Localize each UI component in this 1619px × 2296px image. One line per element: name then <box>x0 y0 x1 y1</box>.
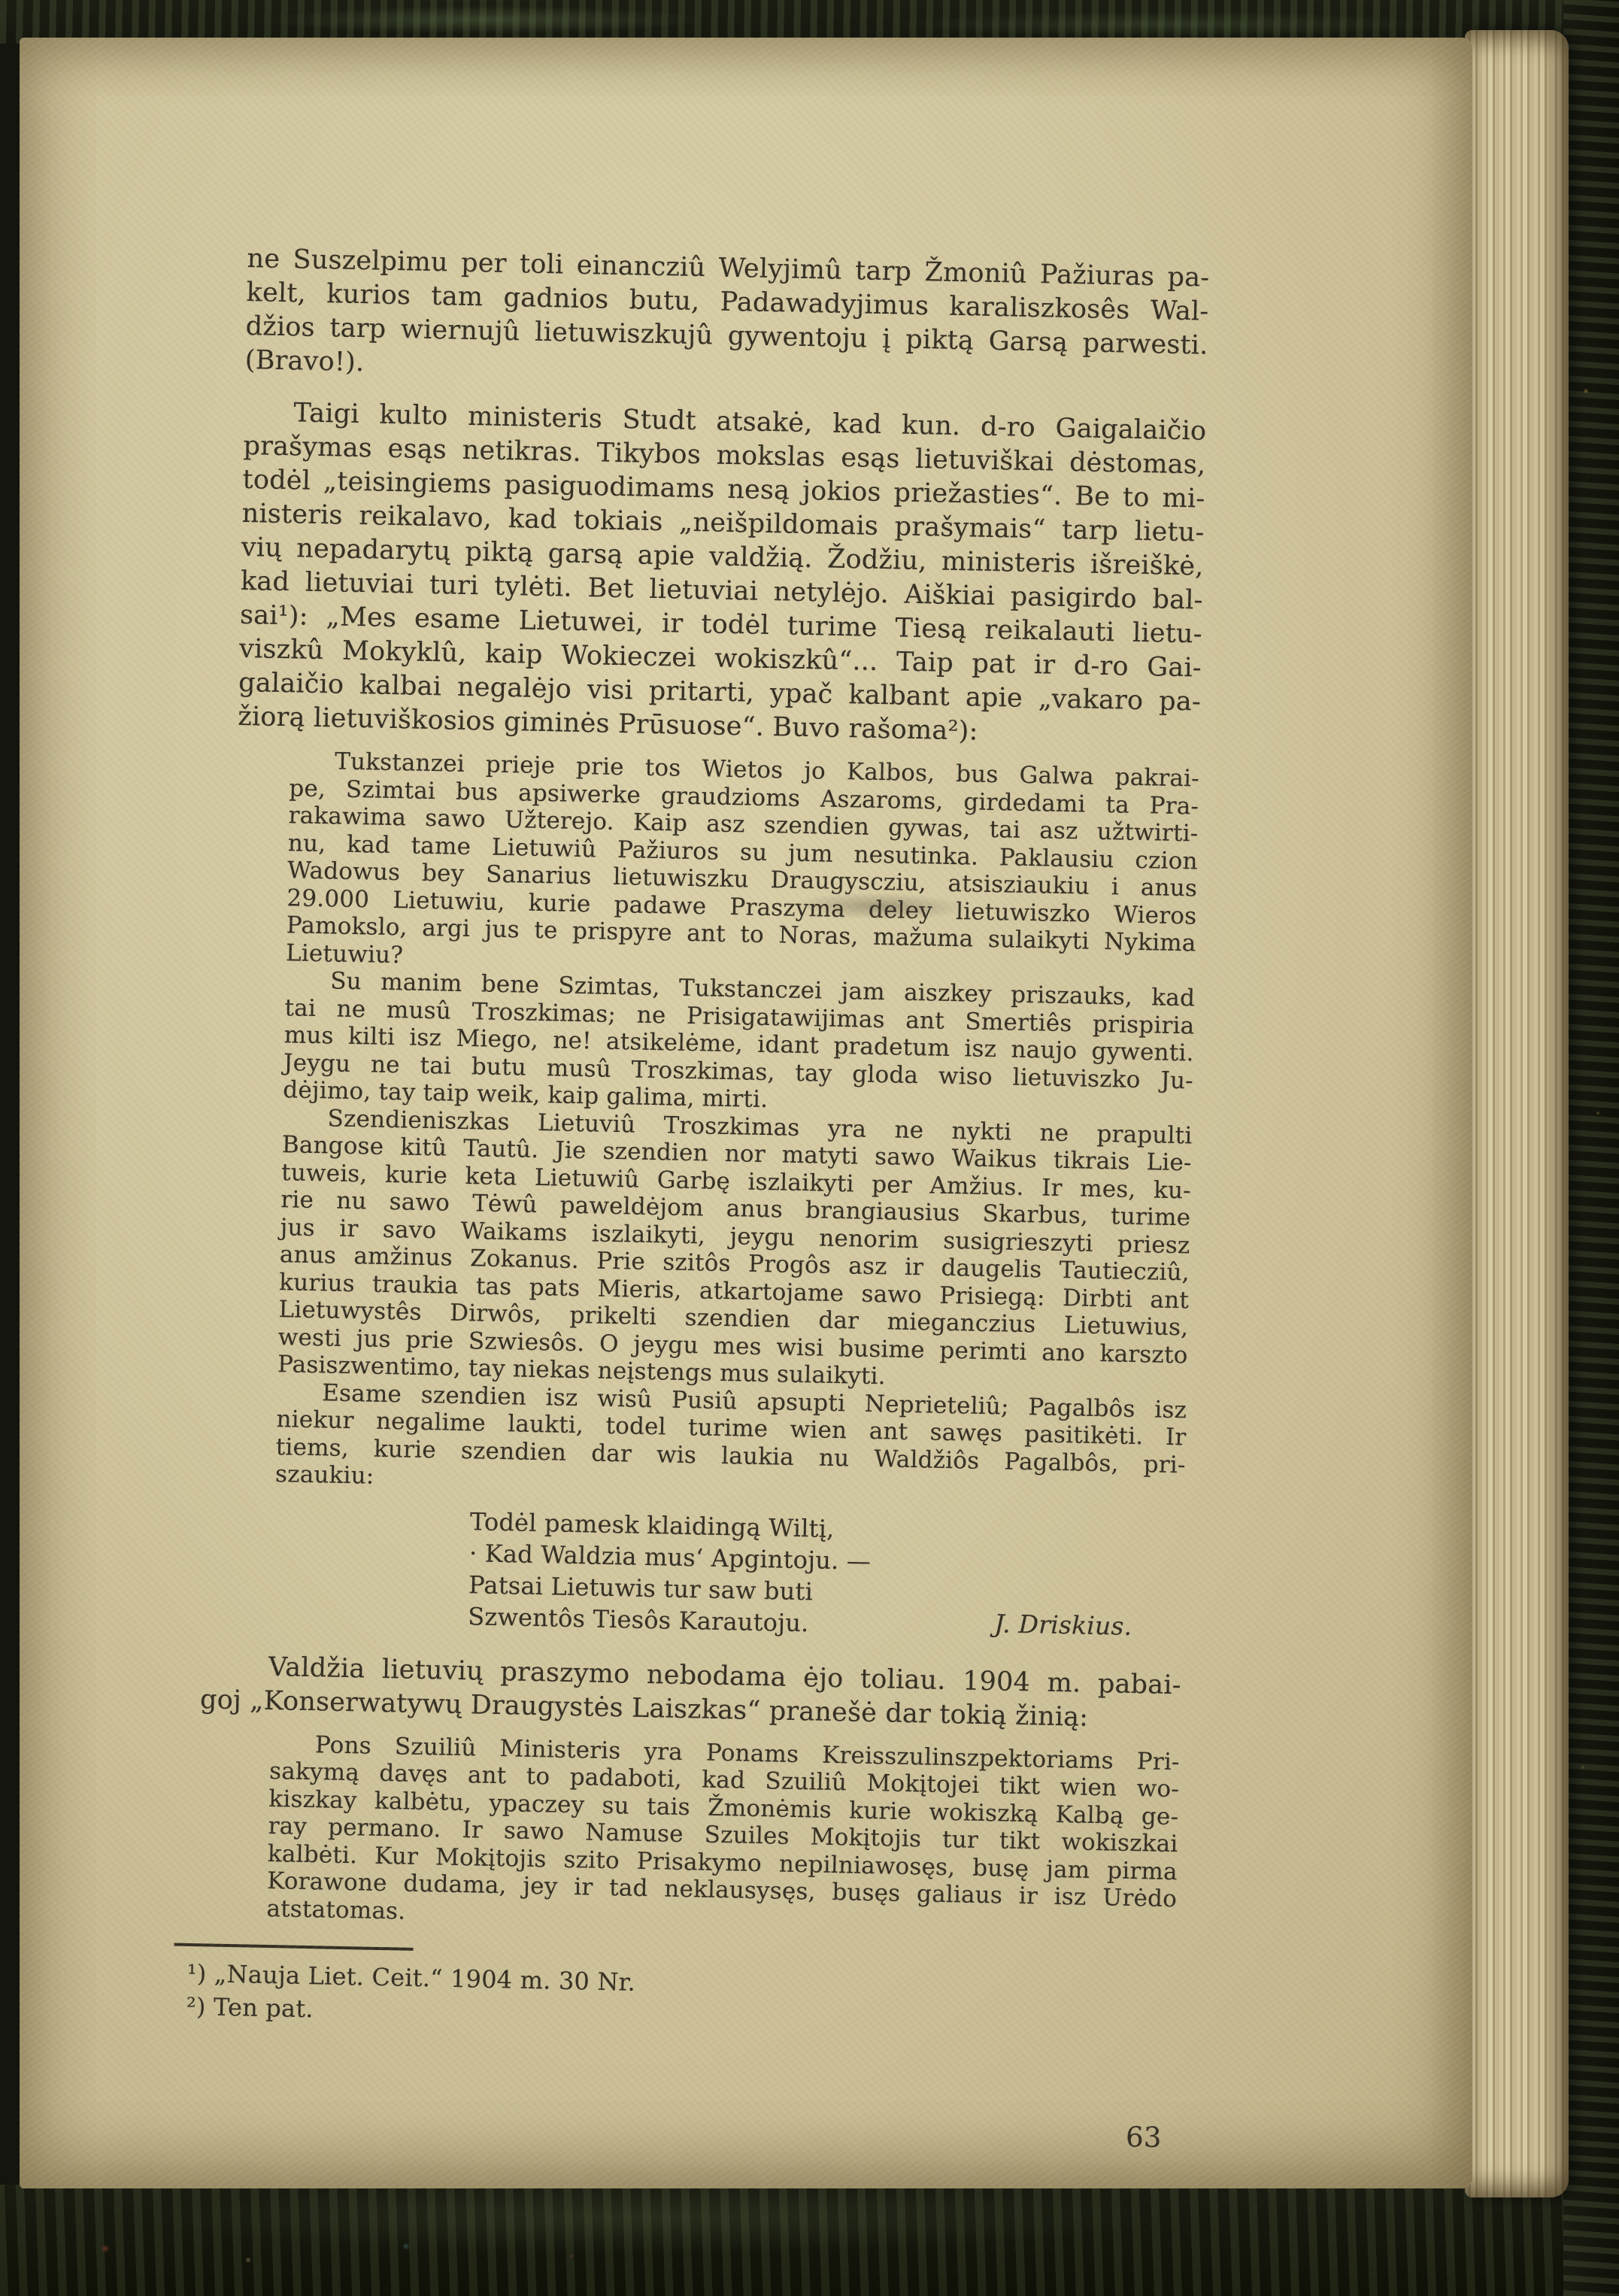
paragraph: ne Suszelpimu per toli einancziû Welyjim… <box>244 242 1209 397</box>
page-content: ne Suszelpimu per toli einancziû Welyjim… <box>209 242 1209 2154</box>
paragraph: Taigi kulto ministeris Studt atsakė, kad… <box>238 396 1207 754</box>
paragraph: Tukstanzei prieje prie tos Wietos jo Kal… <box>286 747 1200 984</box>
quote-attribution: J. Driskius. <box>994 1608 1132 1642</box>
paragraph: Su manim bene Szimtas, Tukstanczei jam a… <box>283 966 1195 1122</box>
paragraph: Szendieniszkas Lietuviû Troszkimas yra n… <box>277 1104 1193 1397</box>
footnotes: ¹) „Nauja Liet. Ceit.“ 1904 m. 30 Nr.²) … <box>211 1958 1175 2043</box>
paragraph: Esame szendien isz wisû Pusiû apsupti Ne… <box>275 1379 1187 1506</box>
book-cover-right <box>1563 0 1619 2296</box>
text-block: ne Suszelpimu per toli einancziû Welyjim… <box>214 242 1210 1940</box>
page-number: 63 <box>209 2103 1172 2155</box>
paragraph: Valdžia lietuvių praszymo nebodama ėjo t… <box>218 1649 1182 1736</box>
verse-block: Todėl pamesk klaidingą Wiltį,· Kad Waldz… <box>468 1506 1184 1646</box>
paragraph: Pons Szuiliû Ministeris yra Ponams Kreis… <box>266 1730 1180 1941</box>
book-page: ne Suszelpimu per toli einancziû Welyjim… <box>20 38 1472 2188</box>
page-edges <box>1465 30 1569 2197</box>
footnote-rule <box>174 1943 414 1951</box>
book-cover-bottom <box>0 2185 1619 2296</box>
